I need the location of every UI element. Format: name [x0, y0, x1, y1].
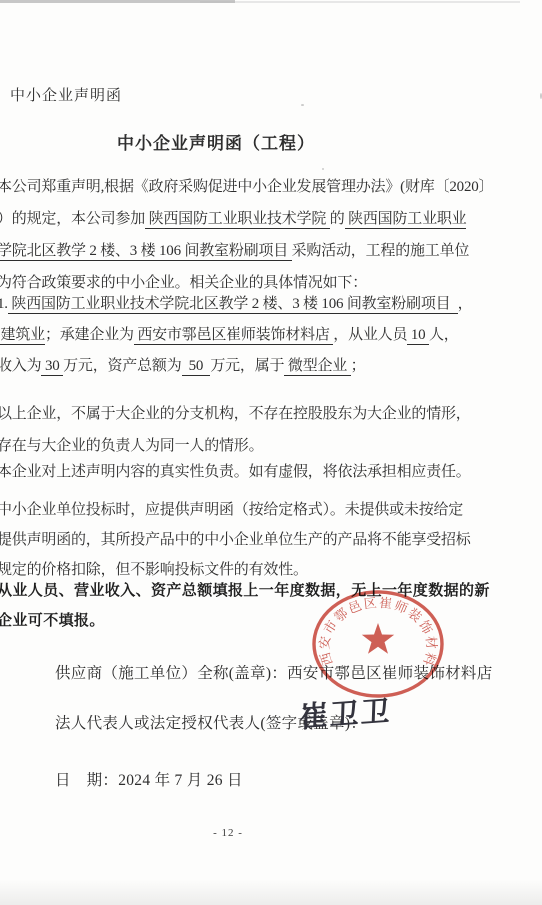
text-segment: 以上企业，不属于大企业的分支机构，不存在控股股东为大企业的情形，: [0, 406, 471, 422]
document-title: 中小企业声明函（工程）: [0, 129, 432, 154]
text-line: 学院北区教学 2 楼、3 楼 106 间教室粉刷项目 采购活动，工程的施工单位: [0, 235, 493, 267]
text-segment: ；: [351, 358, 366, 374]
filled-blank: 30: [41, 358, 63, 376]
text-segment: 本公司郑重声明,根据《政府采购促进中小企业发展管理办法》(财库〔2020〕: [0, 179, 493, 195]
text-segment: 的: [330, 211, 345, 227]
seal-graphic: 西安市鄠邑区崔师装饰材料店: [306, 578, 452, 718]
text-segment: 采购活动，工程的施工单位: [292, 243, 470, 259]
scan-artifact-top-line-2: [200, 1, 520, 3]
filled-blank: 50: [182, 358, 211, 376]
text-line: 提供声明函的，其所投产品中的中小企业单位生产的产品将不能享受招标: [0, 525, 471, 555]
text-line: 建筑业；承建企业为 西安市鄠邑区崔师装饰材料店 ，从业人员 10 人，: [0, 320, 472, 351]
text-segment: ，从业人员: [333, 327, 407, 343]
text-segment: ，: [458, 296, 473, 312]
date-line: 日 期：2024 年 7 月 26 日: [55, 768, 243, 790]
paragraph-bidding-notes: 中小企业单位投标时，应提供声明函（按给定格式）。未提供或未按给定提供声明函的，其…: [0, 495, 471, 585]
filled-blank: 建筑业: [0, 327, 45, 345]
star-icon: [362, 623, 394, 654]
paragraph-enterprise-info: 1. 陕西国防工业职业技术学院北区教学 2 楼、3 楼 106 间教室粉刷项目 …: [0, 289, 472, 382]
scan-speck: [301, 104, 304, 106]
text-line: 以上企业，不属于大企业的分支机构，不存在控股股东为大企业的情形，: [0, 398, 471, 430]
text-line: ）的规定，本公司参加 陕西国防工业职业技术学院 的 陕西国防工业职业: [0, 203, 493, 235]
paragraph-responsibility: 本企业对上述声明内容的真实性负责。如有虚假，将依法承担相应责任。: [0, 456, 471, 488]
paragraph-intro: 本公司郑重声明,根据《政府采购促进中小企业发展管理办法》(财库〔2020〕）的规…: [0, 171, 493, 299]
company-seal: 西安市鄠邑区崔师装饰材料店: [306, 578, 452, 718]
filled-blank: 10: [407, 327, 429, 345]
text-line: 1. 陕西国防工业职业技术学院北区教学 2 楼、3 楼 106 间教室粉刷项目 …: [0, 289, 472, 320]
date-label: 日 期：: [55, 772, 118, 789]
page-number: - 12 -: [0, 827, 456, 839]
date-value: 2024 年 7 月 26 日: [118, 772, 243, 789]
text-segment: 存在与大企业的负责人为同一人的情形。: [0, 438, 263, 454]
filled-blank: 陕西国防工业职业技术学院: [145, 211, 330, 229]
text-line: 中小企业单位投标时，应提供声明函（按给定格式）。未提供或未按给定: [0, 495, 471, 525]
supplier-label: 供应商（施工单位）全称(盖章)：: [55, 665, 287, 682]
text-segment: 人，: [429, 327, 459, 343]
filled-blank: 陕西国防工业职业技术学院北区教学 2 楼、3 楼 106 间教室粉刷项目: [8, 296, 458, 314]
section-heading-partial: ）中小企业声明函: [0, 84, 122, 105]
text-segment: 万元，资产总额为: [63, 358, 181, 374]
text-segment: 万元，属于: [210, 358, 284, 374]
text-segment: 1.: [0, 296, 8, 312]
text-segment: 中小企业单位投标时，应提供声明函（按给定格式）。未提供或未按给定: [0, 502, 463, 518]
filled-blank: 学院北区教学 2 楼、3 楼 106 间教室粉刷项目: [0, 243, 292, 261]
text-segment: 提供声明函的，其所投产品中的中小企业单位生产的产品将不能享受招标: [0, 532, 471, 548]
filled-blank: 陕西国防工业职业: [345, 211, 467, 229]
text-segment: 本企业对上述声明内容的真实性负责。如有虚假，将依法承担相应责任。: [0, 464, 471, 480]
scan-artifact-bottom-shade: [0, 879, 542, 905]
text-segment: ；承建企业为: [45, 327, 134, 343]
filled-blank: 西安市鄠邑区崔师装饰材料店: [134, 327, 334, 345]
text-segment: 企业可不填报。: [0, 613, 105, 629]
text-segment: ）的规定，本公司参加: [0, 211, 145, 227]
paragraph-no-affiliation: 以上企业，不属于大企业的分支机构，不存在控股股东为大企业的情形，存在与大企业的负…: [0, 398, 471, 462]
scan-speck: [322, 168, 324, 170]
text-line: 本公司郑重声明,根据《政府采购促进中小企业发展管理办法》(财库〔2020〕: [0, 171, 493, 203]
text-line: 收入为 30 万元，资产总额为 50 万元，属于 微型企业 ；: [0, 351, 472, 382]
text-line: 本企业对上述声明内容的真实性负责。如有虚假，将依法承担相应责任。: [0, 456, 471, 488]
text-segment: 收入为: [0, 358, 41, 374]
filled-blank: 微型企业: [284, 358, 350, 376]
